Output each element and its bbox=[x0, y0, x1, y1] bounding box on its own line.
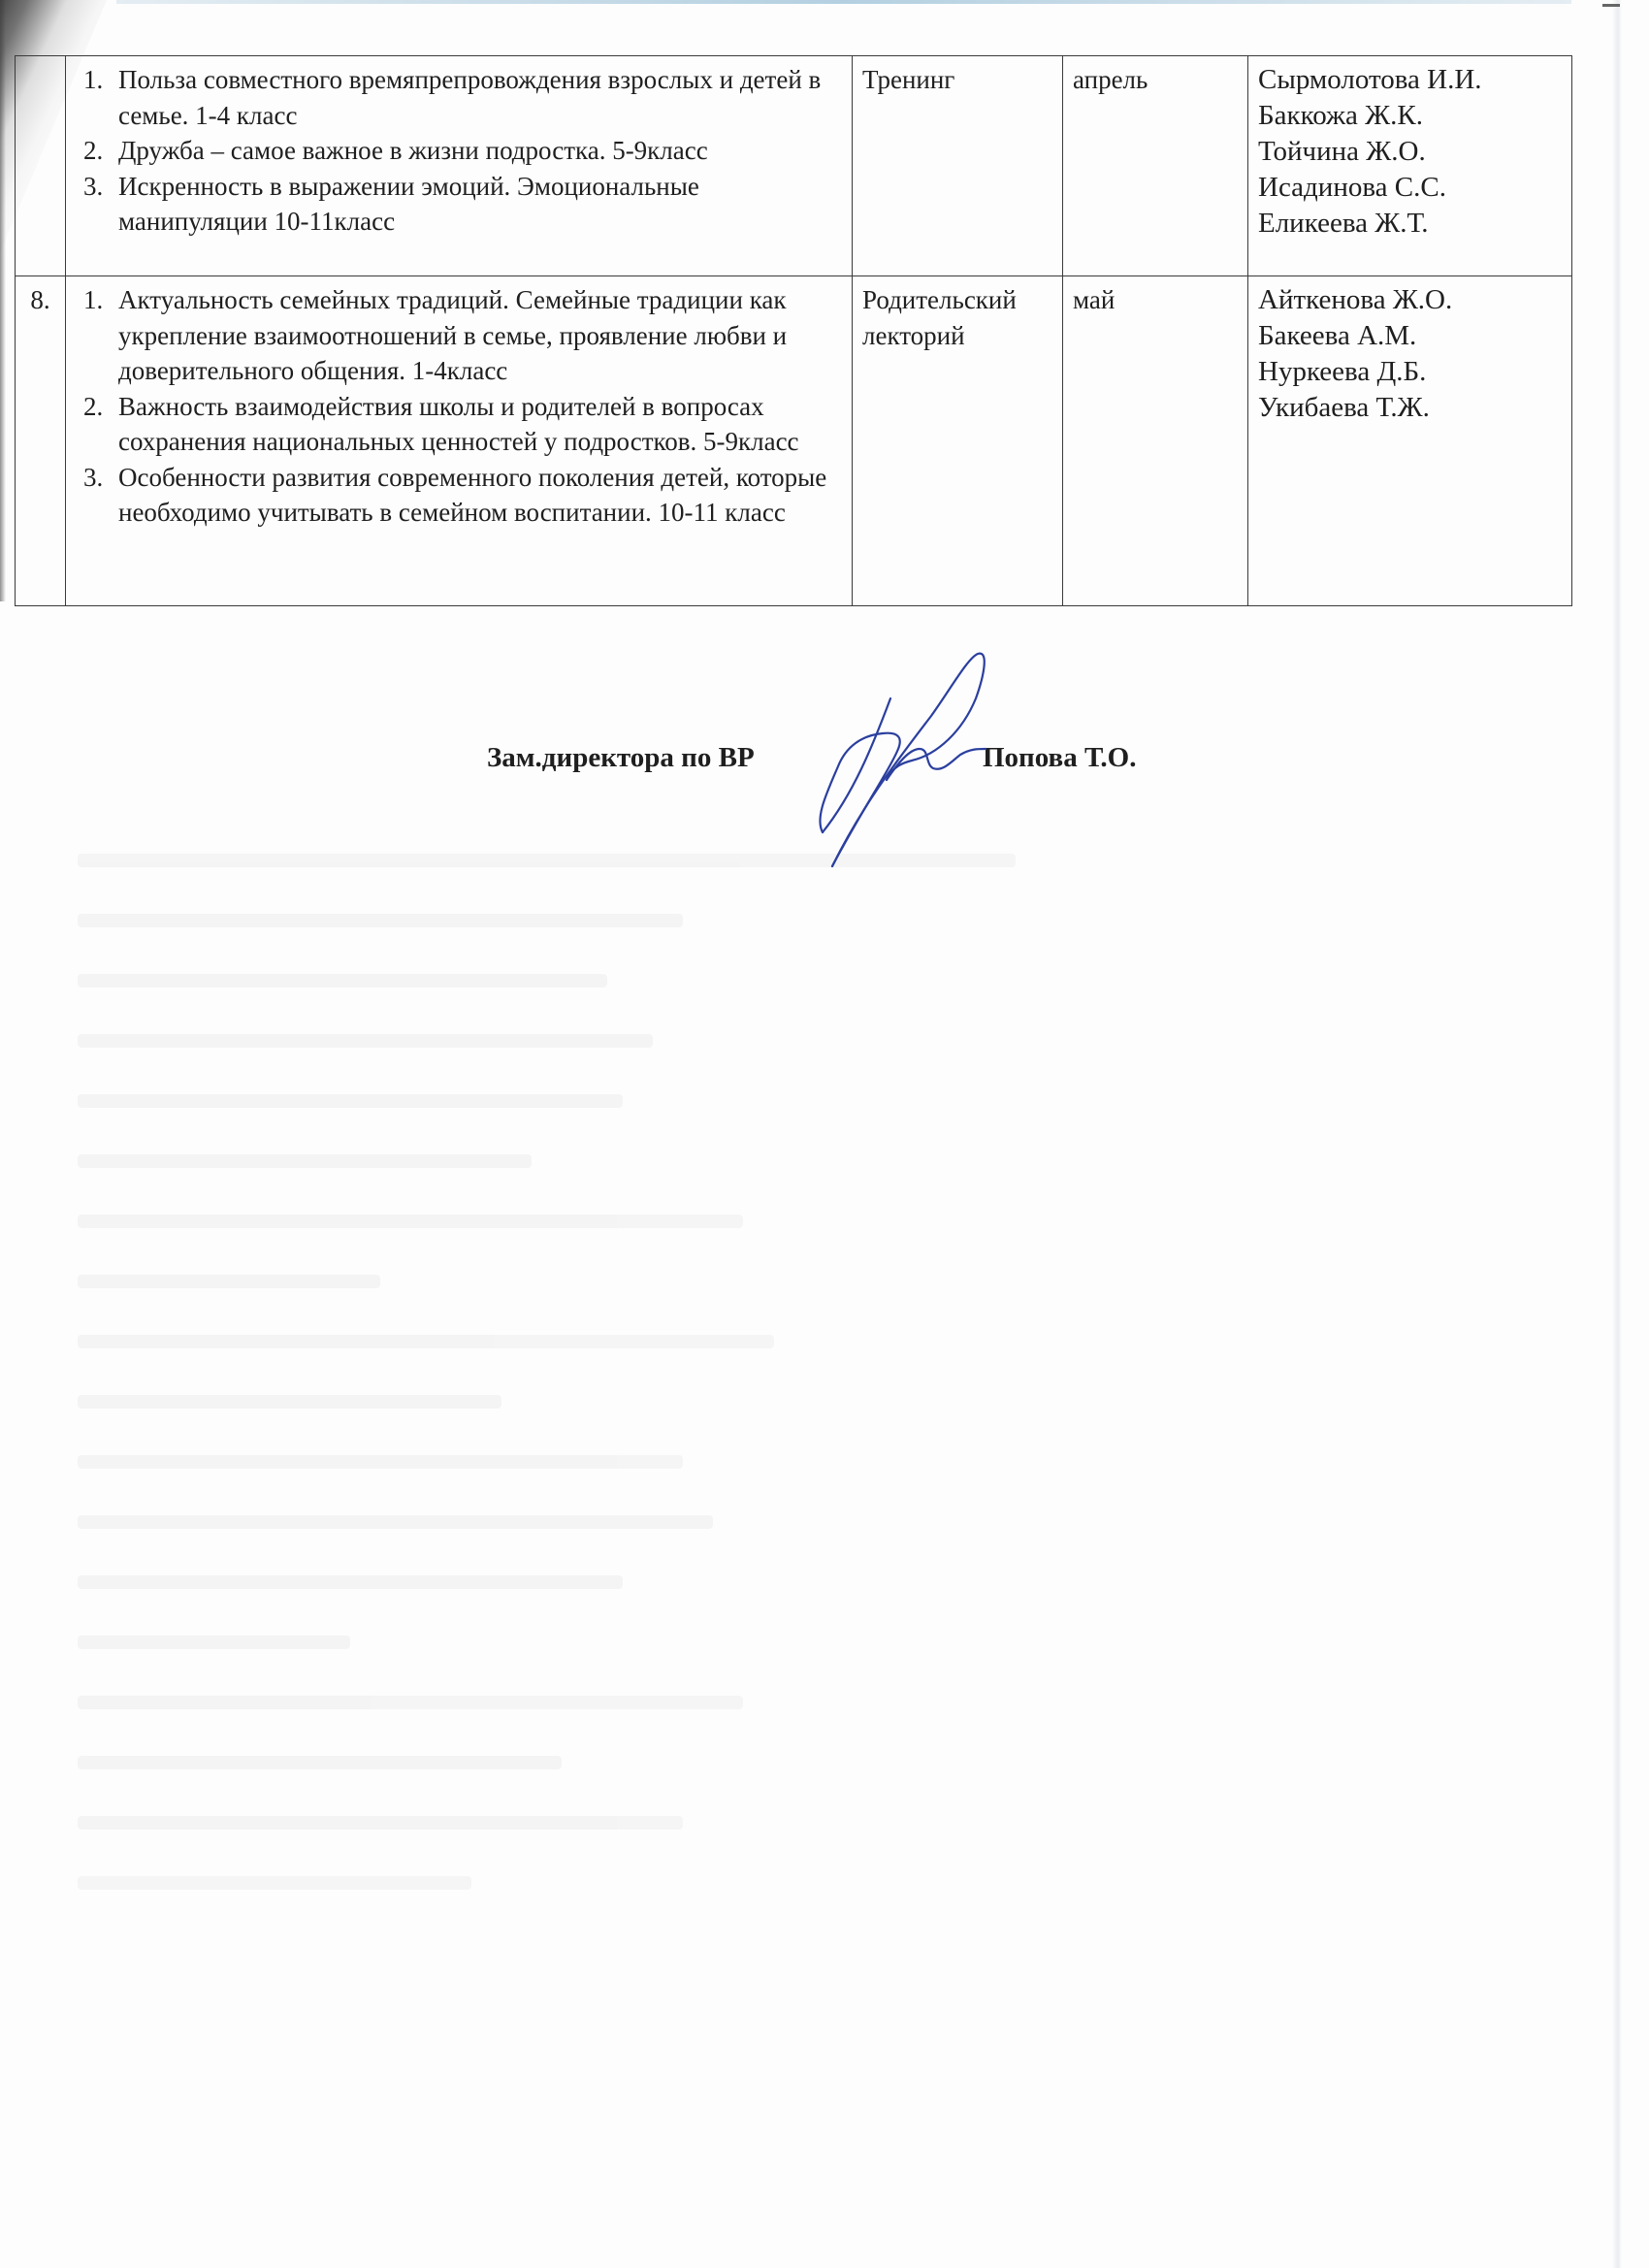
date-cell: апрель bbox=[1063, 56, 1248, 276]
responsible-person: Тойчина Ж.О. bbox=[1258, 134, 1562, 170]
form-cell: Тренинг bbox=[853, 56, 1063, 276]
topic-item: Особенности развития современного поколе… bbox=[118, 460, 842, 531]
table-row: 8. Актуальность семейных традиций. Семей… bbox=[16, 276, 1572, 606]
topics-cell: Актуальность семейных традиций. Семейные… bbox=[66, 276, 853, 606]
responsible-person: Баккожа Ж.К. bbox=[1258, 98, 1562, 134]
responsible-person: Нуркеева Д.Б. bbox=[1258, 354, 1562, 390]
topic-item: Польза совместного времяпрепровождения в… bbox=[118, 62, 842, 133]
responsible-person: Бакеева А.М. bbox=[1258, 318, 1562, 354]
responsible-person: Укибаева Т.Ж. bbox=[1258, 390, 1562, 426]
row-number bbox=[16, 56, 66, 276]
topic-item: Дружба – самое важное в жизни подростка.… bbox=[118, 133, 842, 169]
responsible-person: Еликеева Ж.Т. bbox=[1258, 206, 1562, 242]
topics-list: Актуальность семейных традиций. Семейные… bbox=[76, 282, 842, 531]
responsible-list: Айткенова Ж.О. Бакеева А.М. Нуркеева Д.Б… bbox=[1258, 282, 1562, 426]
responsible-person: Сырмолотова И.И. bbox=[1258, 62, 1562, 98]
table-row: Польза совместного времяпрепровождения в… bbox=[16, 56, 1572, 276]
responsible-cell: Айткенова Ж.О. Бакеева А.М. Нуркеева Д.Б… bbox=[1248, 276, 1572, 606]
topics-cell: Польза совместного времяпрепровождения в… bbox=[66, 56, 853, 276]
handwritten-signature bbox=[805, 648, 1018, 871]
topic-item: Актуальность семейных традиций. Семейные… bbox=[118, 282, 842, 389]
responsible-person: Исадинова С.С. bbox=[1258, 170, 1562, 206]
back-page-bleed-through bbox=[78, 854, 1591, 2192]
scan-top-edge bbox=[116, 0, 1571, 4]
events-plan-table: Польза совместного времяпрепровождения в… bbox=[15, 55, 1572, 606]
row-number: 8. bbox=[16, 276, 66, 606]
responsible-cell: Сырмолотова И.И. Баккожа Ж.К. Тойчина Ж.… bbox=[1248, 56, 1572, 276]
scan-right-edge bbox=[1612, 0, 1622, 2268]
form-cell: Родительский лекторий bbox=[853, 276, 1063, 606]
responsible-list: Сырмолотова И.И. Баккожа Ж.К. Тойчина Ж.… bbox=[1258, 62, 1562, 242]
topic-item: Искренность в выражении эмоций. Эмоциона… bbox=[118, 169, 842, 240]
scan-edge-mark bbox=[1602, 4, 1620, 7]
topics-list: Польза совместного времяпрепровождения в… bbox=[76, 62, 842, 240]
topic-item: Важность взаимодействия школы и родителе… bbox=[118, 389, 842, 460]
responsible-person: Айткенова Ж.О. bbox=[1258, 282, 1562, 318]
scan-left-edge bbox=[0, 0, 6, 601]
signer-role: Зам.директора по ВР bbox=[487, 742, 755, 774]
scanned-page: Польза совместного времяпрепровождения в… bbox=[0, 0, 1649, 2268]
date-cell: май bbox=[1063, 276, 1248, 606]
